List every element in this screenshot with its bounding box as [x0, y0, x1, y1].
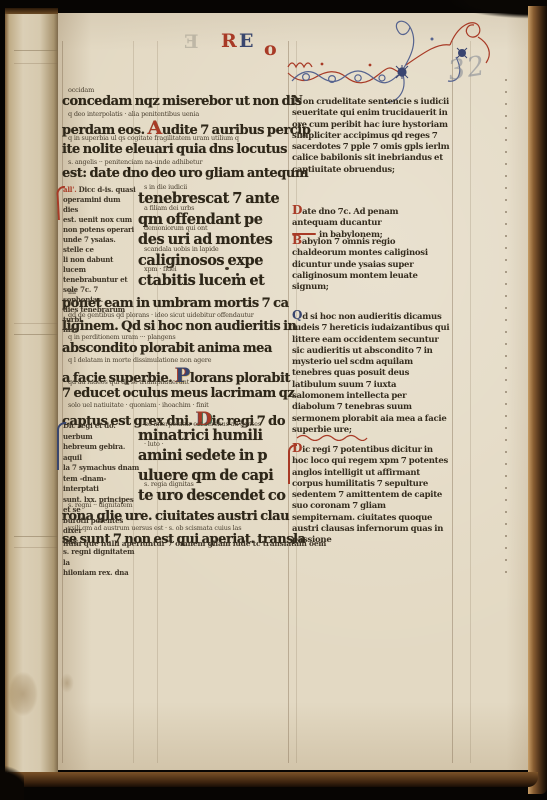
interlinear-gloss: q deo interpolatis · alia penitentibus u… [62, 111, 298, 119]
margin-gloss-line: unde 7 ysaias. stelle ce [63, 235, 137, 255]
main-text-line: est: date dno deo uro gliam antequm [62, 167, 298, 180]
gloss-paragraph: Dic regi 7 potentibus dicitur in hoc loc… [292, 443, 450, 547]
margin-gloss-line: hiloniam rex. dna [63, 568, 141, 579]
text-line: qd ad iudeos qui de se triumphauerunt7 e… [62, 379, 300, 402]
gloss-paragraph: Babylon 7 omnis regio chaldeorum montes … [292, 235, 450, 293]
page-bottom-edge [8, 772, 538, 787]
margin-gloss-line: est. uenit nox cum [63, 215, 137, 225]
gloss-text: antequam ducantur [292, 218, 381, 228]
gloss-text: on crudelitate sentencie s iudicii seuer… [292, 97, 449, 175]
text-line: s in die iudiciitenebrescat 7 ante [138, 184, 294, 205]
main-text-line: ctabitis lucem et [138, 274, 294, 289]
margin-gloss-line: operamini dum dies [63, 195, 137, 215]
main-text-segment: occidamconcedam nqz miserebor ut non dis… [62, 87, 298, 183]
margin-gloss-line: la 7 symachus dnam [63, 463, 141, 474]
margin-gloss-line: sole 7c. 7 sophonias. [63, 285, 137, 305]
main-text-segment: s in die iudiciitenebrescat 7 antea fili… [138, 184, 294, 287]
text-line: ue interpetatur est serenus ad gentesmin… [138, 421, 294, 441]
gloss-initial: N [292, 93, 303, 107]
ink-speck [225, 267, 229, 270]
gloss-paragraph: Non crudelitate sentencie s iudicii seue… [292, 95, 450, 176]
main-text-line: concedam nqz miserebor ut non dis [62, 95, 298, 108]
rubric-ornament: o [264, 38, 277, 60]
margin-gloss-line: tenebrabuntur et [63, 275, 137, 285]
running-title-letter-blue: E [239, 30, 253, 52]
text-line: q in superbia ul qs cogitate fragilitate… [62, 135, 298, 159]
text-line: xpm · fideictabitis lucem et [138, 266, 294, 287]
text-line: s. angelis ·· penitenciam na-unde adhibe… [62, 159, 298, 183]
margin-gloss-line: dies tenebrarum turbi [63, 305, 137, 325]
margin-gloss-line: tem -dnam- interptati [63, 474, 141, 495]
text-line: · luto ·amini sedete in p [138, 441, 294, 461]
text-line: scandala uobis in lapidecaliginosos expe [138, 246, 294, 267]
margin-gloss-line: li non dabunt lucem [63, 255, 137, 275]
main-text-segment: ue interpetatur est serenus ad gentesmin… [138, 421, 294, 501]
page-top-edge [5, 8, 58, 14]
gloss-initial: Q [292, 308, 302, 322]
ruling-line [470, 41, 471, 763]
gloss-paragraph-line: antequam ducantur [292, 218, 450, 229]
book-fore-edge [528, 6, 547, 794]
margin-gloss-text: Dicc d-is. quasi [76, 185, 135, 194]
text-line: a filiam dei urbsqm offendant pe [138, 205, 294, 226]
margin-gloss-line: non potens operari [63, 225, 137, 235]
margin-gloss-line: hebreum gebira. aquil [63, 442, 141, 463]
gloss-paragraph: Qd si hoc non audieritis dicamus iudeis … [292, 310, 450, 436]
margin-gloss-line: all'. Dicc d-is. quasi [63, 185, 137, 195]
rubric-bracket [56, 186, 67, 220]
margin-gloss: Dic regi et do. uerbumhebreum gebira. aq… [63, 421, 141, 579]
bottom-left-shadow [0, 760, 24, 800]
blue-bracket [57, 422, 66, 470]
margin-gloss-line: nis; [63, 325, 137, 335]
running-title-letter-red: R [221, 30, 237, 52]
text-line: q l delatam in morte dissimulatione non … [62, 357, 300, 380]
manuscript-page: E R E o [58, 13, 530, 770]
margin-gloss-line: Dic regi et do. uerbum [63, 421, 141, 442]
margin-gloss-line: buroth potentes dixer [63, 516, 141, 537]
show-through-letter: E [184, 31, 198, 53]
text-line: occidamconcedam nqz miserebor ut non dis [62, 87, 298, 111]
gloss-text: ic regi 7 potentibus dicitur in hoc loco… [292, 445, 448, 545]
text-line: q in perditionem uram ··· plangensabscon… [62, 334, 300, 357]
text-line: s. regia dignitaste uro descendet co [138, 481, 294, 501]
main-text-line: abscondito plorabit anima mea [62, 342, 300, 355]
text-line: q deo interpolatis · alia penitentibus u… [62, 111, 298, 135]
interlinear-gloss: solo uel natiuitate · quoniam · ihoachim… [62, 402, 300, 410]
gloss-initial: D [292, 203, 302, 217]
margin-gloss-line: s. regni dignitatem la [63, 547, 141, 568]
gloss-text: abylon 7 omnis regio chaldeorum montes c… [292, 237, 428, 292]
facing-page-gutter [5, 12, 58, 775]
margin-gloss: all'. Dicc d-is. quasioperamini dum dies… [63, 185, 137, 335]
main-text-line: 7 educet oculus meus lacrimam qz [62, 387, 300, 400]
main-text-line: ite nolite eleuari quia dns locutus [62, 143, 298, 156]
rubric-squiggle [296, 433, 368, 441]
gloss-initial: B [292, 233, 302, 247]
ink-speck [236, 273, 239, 276]
gloss-text: ate dno 7c. Ad penam [302, 207, 398, 217]
ruling-line [452, 41, 453, 763]
text-line: uluere qm de capi [138, 461, 294, 481]
text-line: demoniorum qui ontdes uri ad montes [138, 225, 294, 246]
parchment-stain [60, 673, 74, 693]
manuscript-photo: E R E o [0, 0, 547, 800]
gloss-text: d si hoc non audieritis dicamus iudeis 7… [292, 312, 449, 435]
margin-gloss-line: sunt. lxx. principes et se [63, 495, 141, 516]
rubric-bracket [288, 444, 297, 484]
pricking-holes [505, 79, 507, 573]
folio-number: 32 [446, 50, 489, 87]
